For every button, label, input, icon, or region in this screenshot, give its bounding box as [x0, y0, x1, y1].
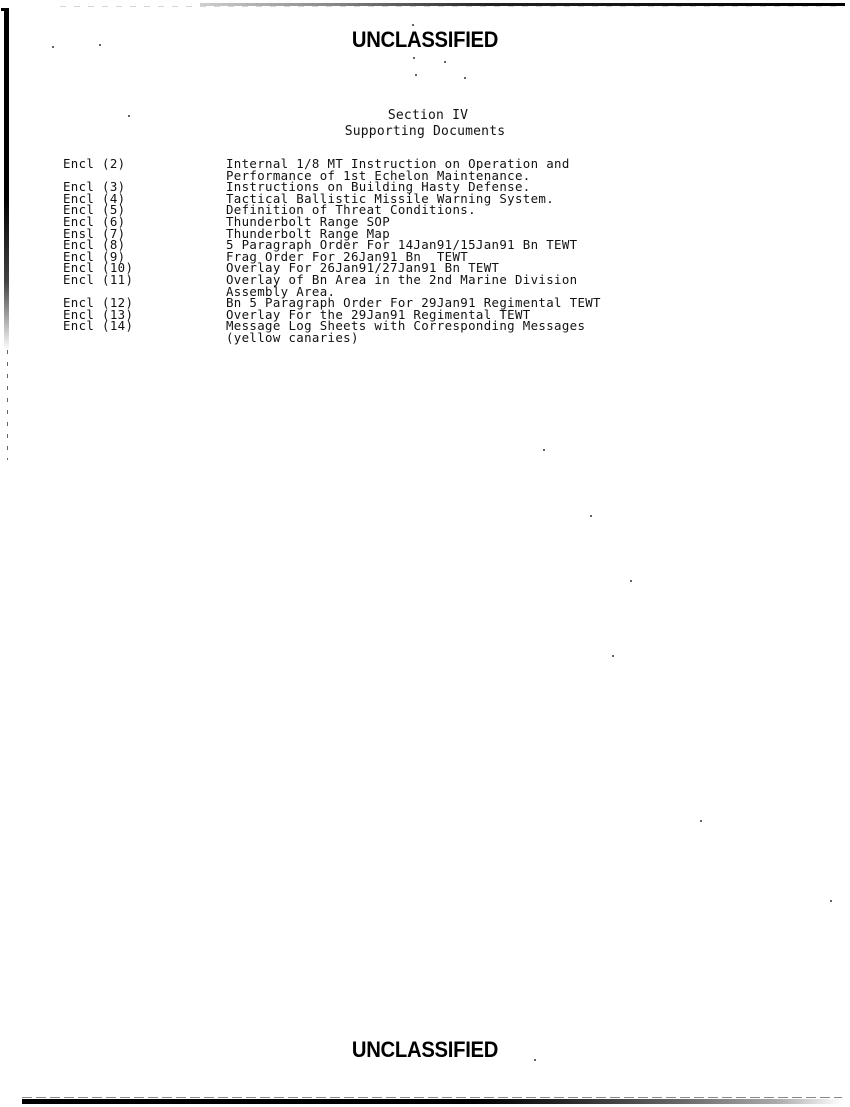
- scan-speck: [99, 44, 101, 46]
- enclosure-description: (yellow canaries): [226, 332, 763, 344]
- enclosure-label: Encl (14): [63, 320, 226, 332]
- scan-speck: [444, 61, 446, 63]
- scan-speck: [464, 77, 466, 79]
- top-scan-rule-thin: [60, 6, 840, 7]
- scan-speck: [612, 655, 614, 657]
- classification-footer: UNCLASSIFIED: [34, 1037, 816, 1063]
- scan-speck: [128, 115, 130, 117]
- enclosure-row-continuation: (yellow canaries): [63, 332, 763, 344]
- classification-header: UNCLASSIFIED: [34, 27, 816, 53]
- enclosure-row: Encl (5) Definition of Threat Conditions…: [63, 204, 763, 216]
- scan-speck: [534, 1059, 536, 1061]
- enclosure-label: Encl (11): [63, 274, 226, 286]
- scan-speck: [543, 449, 545, 451]
- enclosure-label: Encl (2): [63, 158, 226, 170]
- enclosure-list: Encl (2) Internal 1/8 MT Instruction on …: [63, 158, 763, 344]
- bottom-scan-rule-thin: [22, 1097, 842, 1098]
- enclosure-row: Encl (11) Overlay of Bn Area in the 2nd …: [63, 274, 763, 286]
- top-scan-rule: [200, 3, 845, 6]
- scan-speck: [412, 24, 414, 26]
- scan-speck: [630, 580, 632, 582]
- bottom-scan-rule: [22, 1099, 842, 1104]
- scan-speck: [415, 74, 417, 76]
- section-subtitle: Supporting Documents: [0, 124, 850, 140]
- left-margin-bar: [4, 10, 9, 350]
- left-margin-dashes: [7, 350, 8, 460]
- section-title: Section IV: [3, 108, 850, 124]
- scan-speck: [590, 515, 592, 517]
- enclosure-label-blank: [63, 332, 226, 344]
- scan-speck: [413, 57, 415, 59]
- scan-speck: [830, 900, 832, 902]
- enclosure-row: Encl (6) Thunderbolt Range SOP: [63, 216, 763, 228]
- enclosure-row: Encl (14) Message Log Sheets with Corres…: [63, 320, 763, 332]
- scan-speck: [700, 820, 702, 822]
- scan-speck: [52, 46, 54, 48]
